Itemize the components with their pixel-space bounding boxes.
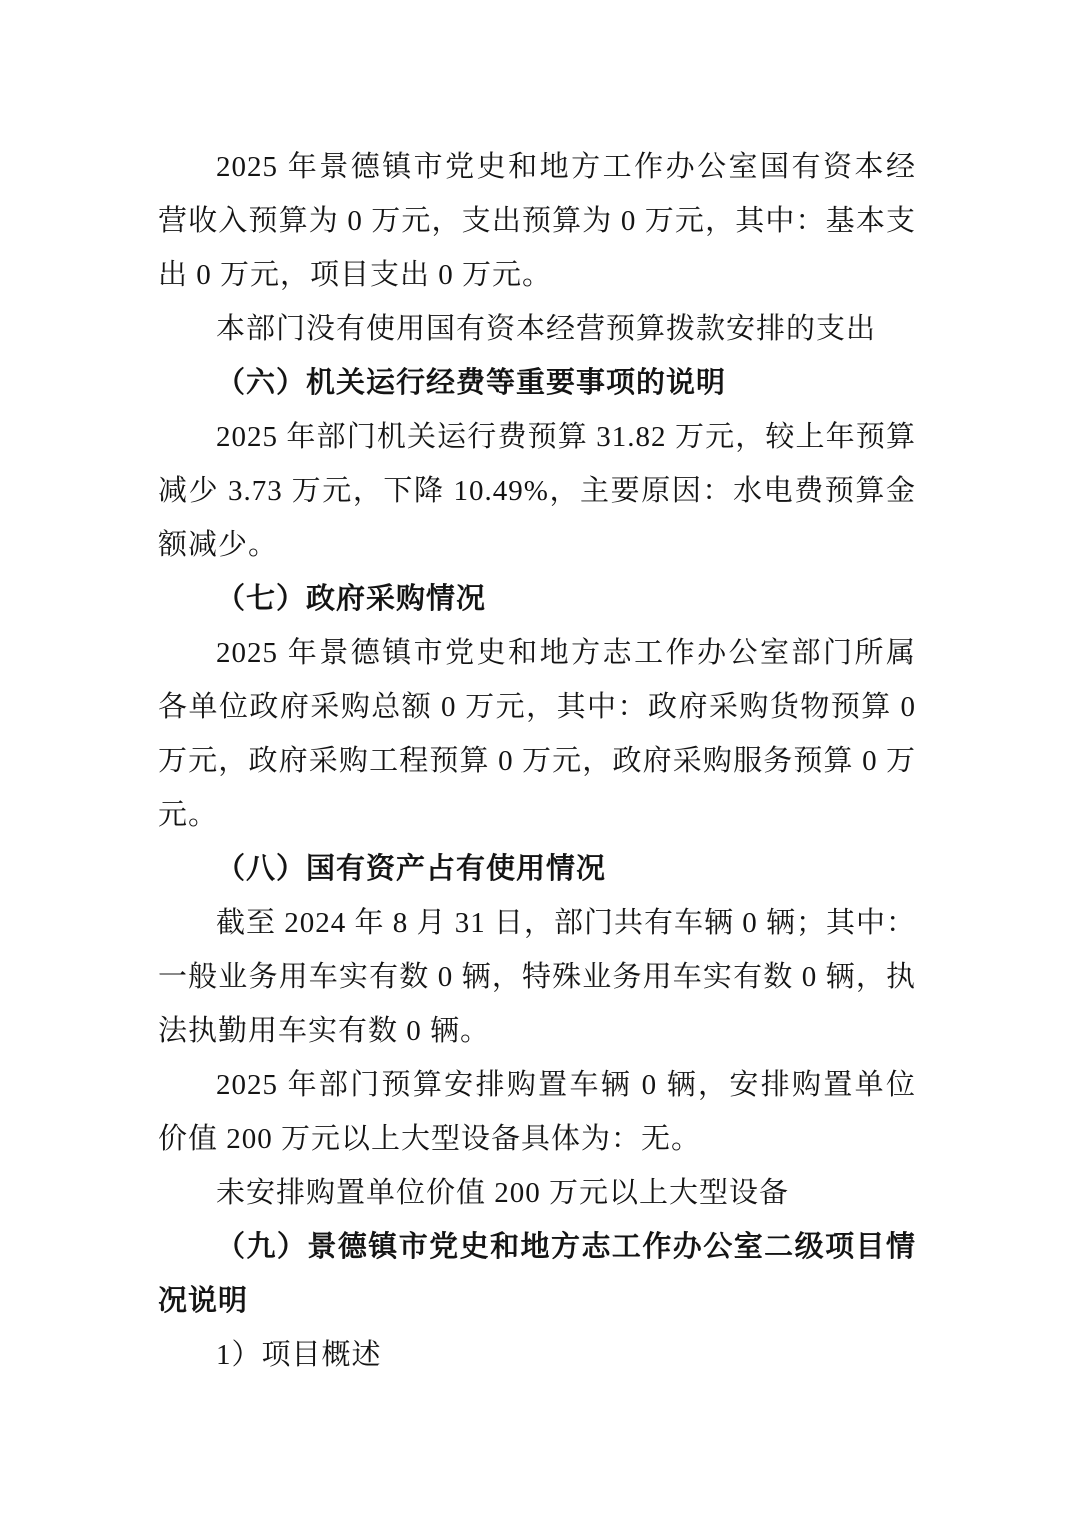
- heading-section-6-operating-cost: （六）机关运行经费等重要事项的说明: [158, 356, 916, 410]
- para-no-large-equipment: 未安排购置单位价值 200 万元以上大型设备: [158, 1166, 916, 1220]
- heading-section-7-procurement: （七）政府采购情况: [158, 572, 916, 626]
- para-vehicle-purchase-plan: 2025 年部门预算安排购置车辆 0 辆，安排购置单位价值 200 万元以上大型…: [158, 1058, 916, 1166]
- heading-section-8-state-assets: （八）国有资产占有使用情况: [158, 842, 916, 896]
- heading-section-9-project-status: （九）景德镇市党史和地方志工作办公室二级项目情况说明: [158, 1220, 916, 1328]
- para-operating-cost-detail: 2025 年部门机关运行费预算 31.82 万元，较上年预算减少 3.73 万元…: [158, 410, 916, 572]
- para-vehicle-holdings: 截至 2024 年 8 月 31 日，部门共有车辆 0 辆；其中：一般业务用车实…: [158, 896, 916, 1058]
- document-page: 2025 年景德镇市党史和地方工作办公室国有资本经营收入预算为 0 万元，支出预…: [0, 0, 1074, 1520]
- para-procurement-detail: 2025 年景德镇市党史和地方志工作办公室部门所属各单位政府采购总额 0 万元，…: [158, 626, 916, 842]
- document-content: 2025 年景德镇市党史和地方工作办公室国有资本经营收入预算为 0 万元，支出预…: [158, 140, 916, 1382]
- para-project-overview: 1）项目概述: [158, 1328, 916, 1382]
- para-state-capital-budget: 2025 年景德镇市党史和地方工作办公室国有资本经营收入预算为 0 万元，支出预…: [158, 140, 916, 302]
- para-no-state-capital-spending: 本部门没有使用国有资本经营预算拨款安排的支出: [158, 302, 916, 356]
